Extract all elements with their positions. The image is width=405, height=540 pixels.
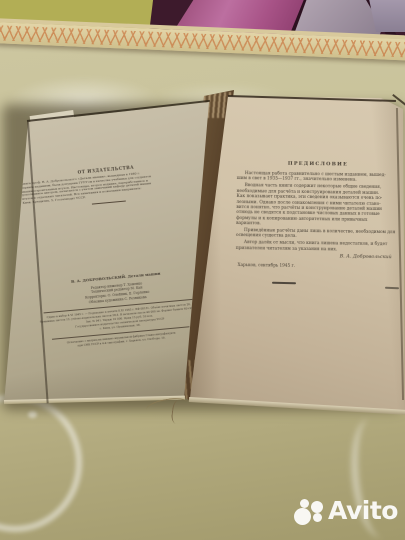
preface-paragraph: Вводная часть книги содержит некоторые о… bbox=[236, 183, 399, 229]
preface-paragraph: Настоящая работа сравнительно с шестым и… bbox=[237, 171, 399, 184]
logo-circle bbox=[300, 499, 309, 508]
logo-circle bbox=[294, 508, 311, 525]
preface-paragraph: Приведённые расчёты даны лишь в количест… bbox=[236, 228, 398, 241]
left-page: ОТ ИЗДАТЕЛЬСТВА Книга проф. В. А. Добров… bbox=[0, 95, 215, 410]
avito-watermark: Avito bbox=[294, 495, 398, 527]
ink-mark bbox=[385, 287, 399, 289]
left-page-text: ОТ ИЗДАТЕЛЬСТВА Книга проф. В. А. Добров… bbox=[20, 159, 207, 351]
author-signature: В. А. Добровольский bbox=[236, 253, 398, 260]
logo-circle bbox=[311, 501, 323, 513]
preface-paragraph: Автор далёк от мысли, что книга лишена н… bbox=[236, 240, 398, 253]
preface-heading: ПРЕДИСЛОВИЕ bbox=[237, 160, 399, 168]
preface-text: ПРЕДИСЛОВИЕ Настоящая работа сравнительн… bbox=[236, 160, 399, 269]
divider-rule bbox=[92, 200, 126, 204]
logo-circle bbox=[313, 513, 322, 522]
white-wear-ring bbox=[0, 394, 82, 532]
avito-brand-text: Avito bbox=[328, 496, 398, 526]
white-speck bbox=[28, 411, 37, 418]
avito-logo-icon bbox=[294, 496, 324, 526]
photo-of-open-book: ОТ ИЗДАТЕЛЬСТВА Книга проф. В. А. Добров… bbox=[0, 0, 405, 540]
